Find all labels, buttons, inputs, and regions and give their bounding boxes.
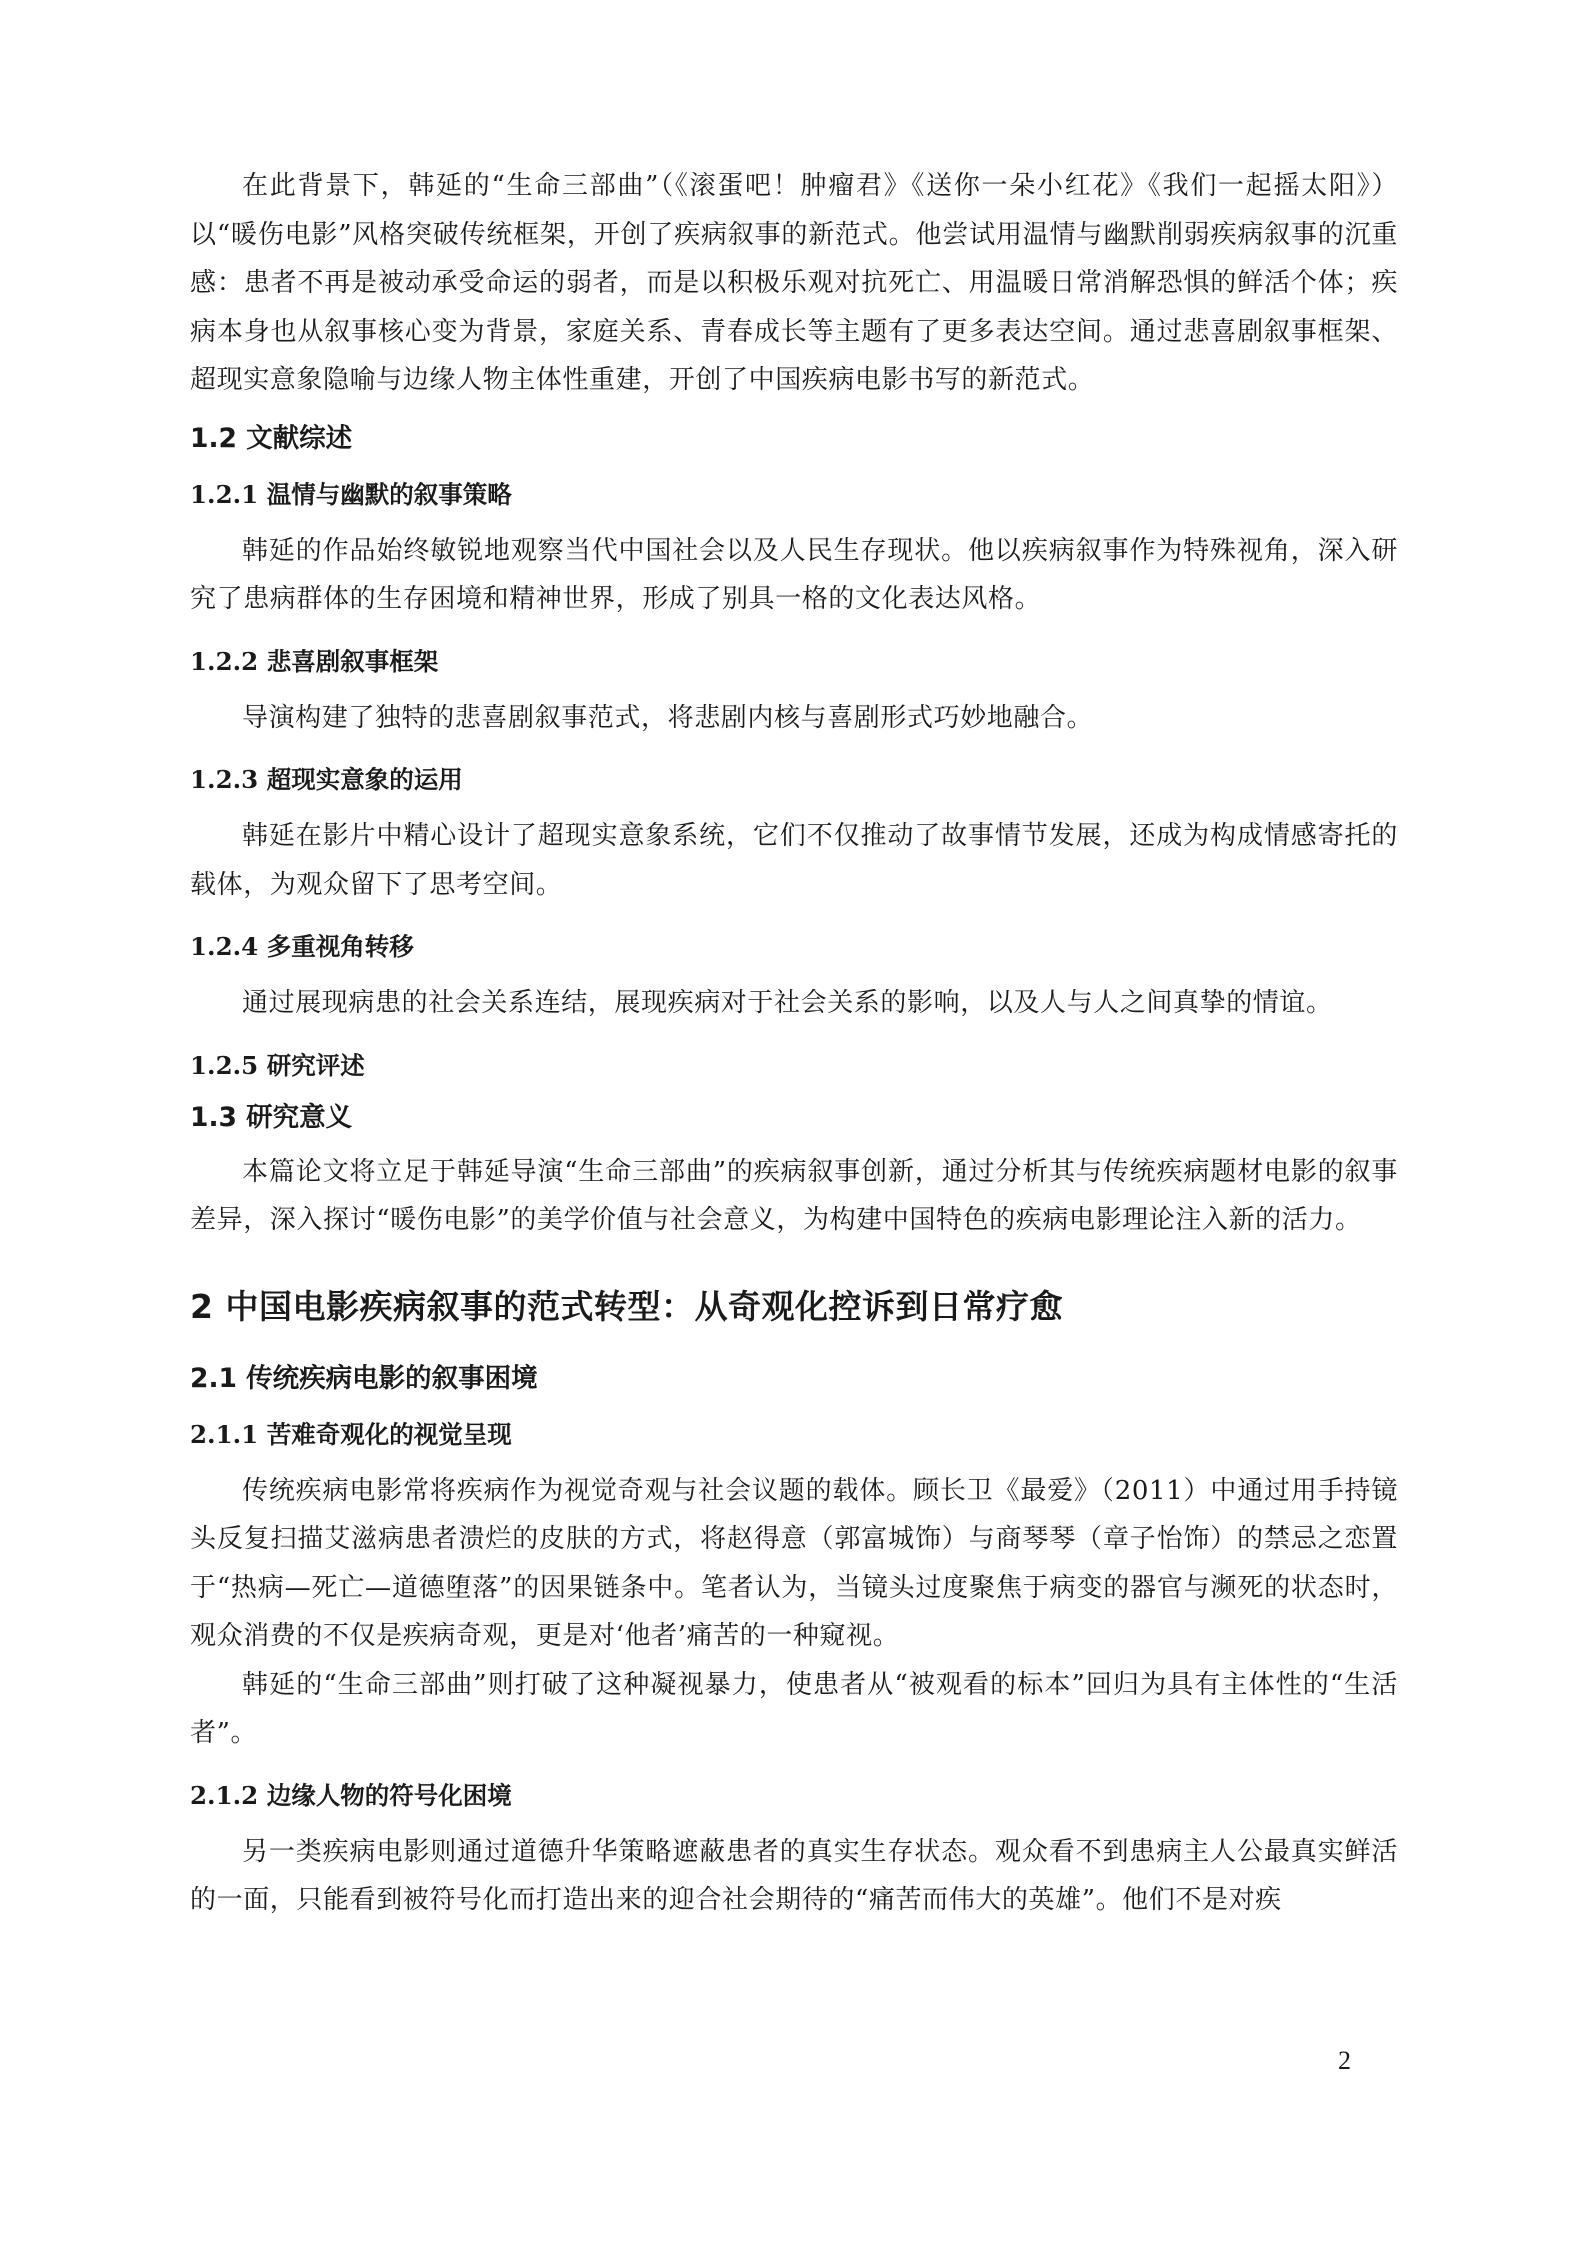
heading-1-2-5: 1.2.5 研究评述 <box>190 1048 1398 1084</box>
paragraph-1-2-1: 韩延的作品始终敏锐地观察当代中国社会以及人民生存现状。他以疾病叙事作为特殊视角，… <box>190 527 1398 624</box>
heading-2: 2 中国电影疾病叙事的范式转型：从奇观化控诉到日常疗愈 <box>190 1285 1398 1329</box>
heading-1-2-3: 1.2.3 超现实意象的运用 <box>190 762 1398 798</box>
heading-1-2-1: 1.2.1 温情与幽默的叙事策略 <box>190 477 1398 513</box>
paragraph-2-1-2: 另一类疾病电影则通过道德升华策略遮蔽患者的真实生存状态。观众看不到患病主人公最真… <box>190 1828 1398 1925</box>
paragraph-intro: 在此背景下，韩延的“生命三部曲”（《滚蛋吧！肿瘤君》《送你一朵小红花》《我们一起… <box>190 162 1398 405</box>
heading-2-1-2: 2.1.2 边缘人物的符号化困境 <box>190 1778 1398 1814</box>
paragraph-1-2-3: 韩延在影片中精心设计了超现实意象系统，它们不仅推动了故事情节发展，还成为构成情感… <box>190 812 1398 909</box>
paragraph-2-1-1b: 韩延的“生命三部曲”则打破了这种凝视暴力，使患者从“被观看的标本”回归为具有主体… <box>190 1661 1398 1758</box>
heading-2-1-1: 2.1.1 苦难奇观化的视觉呈现 <box>190 1417 1398 1453</box>
paragraph-1-3: 本篇论文将立足于韩延导演“生命三部曲”的疾病叙事创新，通过分析其与传统疾病题材电… <box>190 1148 1398 1245</box>
paragraph-2-1-1a: 传统疾病电影常将疾病作为视觉奇观与社会议题的载体。顾长卫《最爱》（2011）中通… <box>190 1467 1398 1661</box>
heading-1-3: 1.3 研究意义 <box>190 1098 1398 1138</box>
paragraph-1-2-2: 导演构建了独特的悲喜剧叙事范式，将悲剧内核与喜剧形式巧妙地融合。 <box>190 694 1398 743</box>
heading-1-2: 1.2 文献综述 <box>190 419 1398 459</box>
heading-2-1: 2.1 传统疾病电影的叙事困境 <box>190 1359 1398 1399</box>
page-number: 2 <box>1338 2046 1351 2076</box>
paragraph-1-2-4: 通过展现病患的社会关系连结，展现疾病对于社会关系的影响，以及人与人之间真挚的情谊… <box>190 979 1398 1028</box>
heading-1-2-4: 1.2.4 多重视角转移 <box>190 929 1398 965</box>
document-page: 在此背景下，韩延的“生命三部曲”（《滚蛋吧！肿瘤君》《送你一朵小红花》《我们一起… <box>190 162 1398 1925</box>
heading-1-2-2: 1.2.2 悲喜剧叙事框架 <box>190 644 1398 680</box>
